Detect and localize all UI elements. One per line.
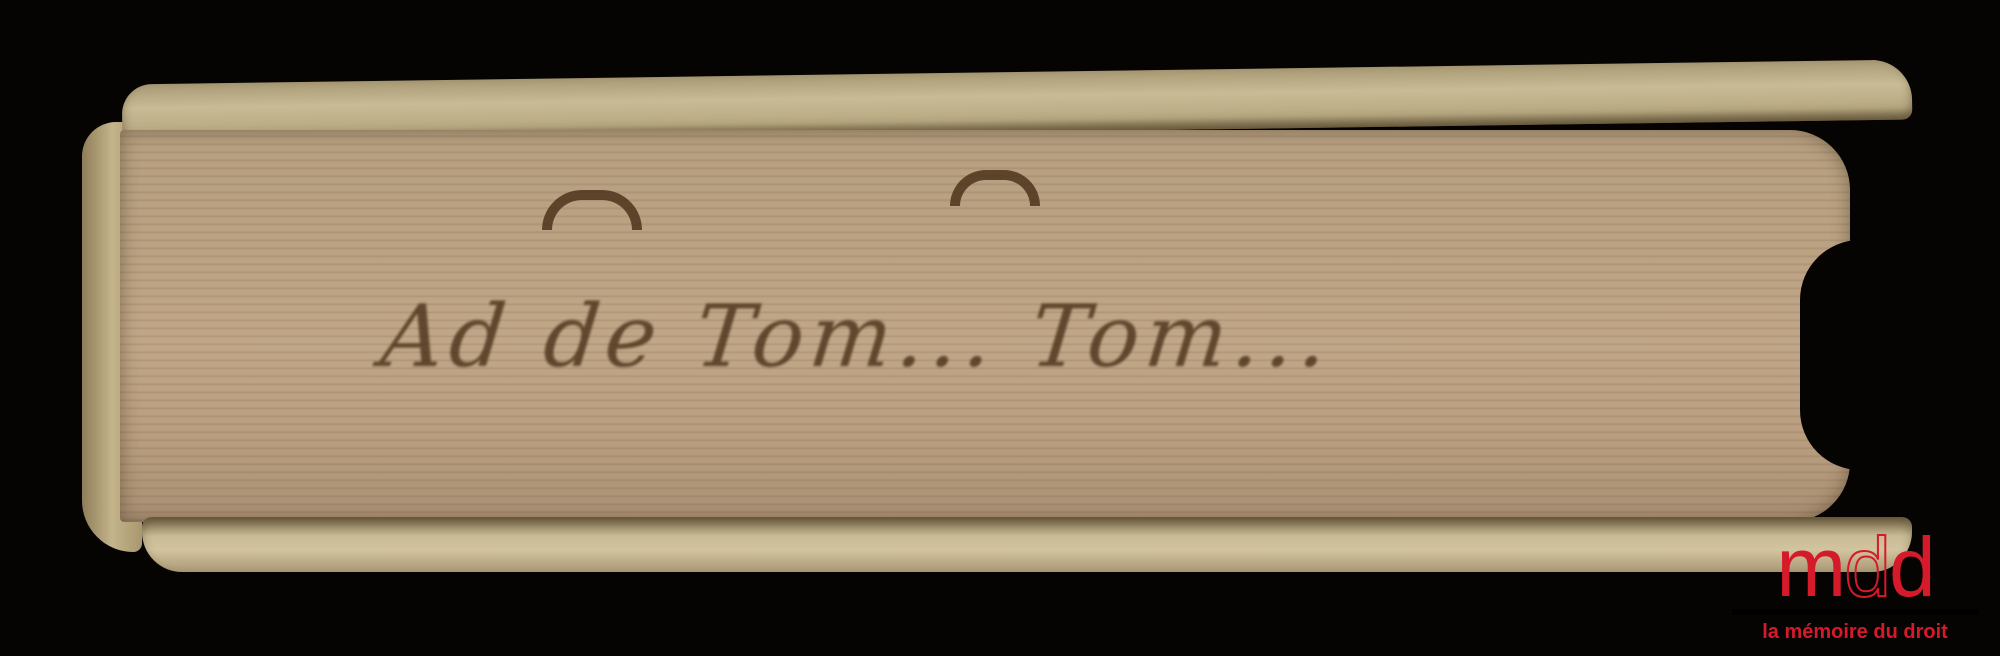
- mdd-logo: mdd la mémoire du droit: [1720, 527, 1990, 644]
- photo-scene: Ad de Tom... Tom... mdd la mémoire du dr…: [0, 0, 2000, 656]
- logo-letter-m: m: [1776, 520, 1844, 614]
- logo-letter-d-outline: d: [1844, 520, 1889, 614]
- logo-letter-d: d: [1889, 520, 1934, 614]
- book: Ad de Tom... Tom...: [82, 62, 1912, 582]
- logo-mark: mdd: [1720, 527, 1990, 607]
- logo-tagline: la mémoire du droit: [1720, 621, 1990, 644]
- cover-bottom-edge: [142, 517, 1912, 572]
- worn-page-notch: [1800, 240, 1880, 470]
- handwritten-inscription: Ad de Tom... Tom...: [377, 287, 1339, 387]
